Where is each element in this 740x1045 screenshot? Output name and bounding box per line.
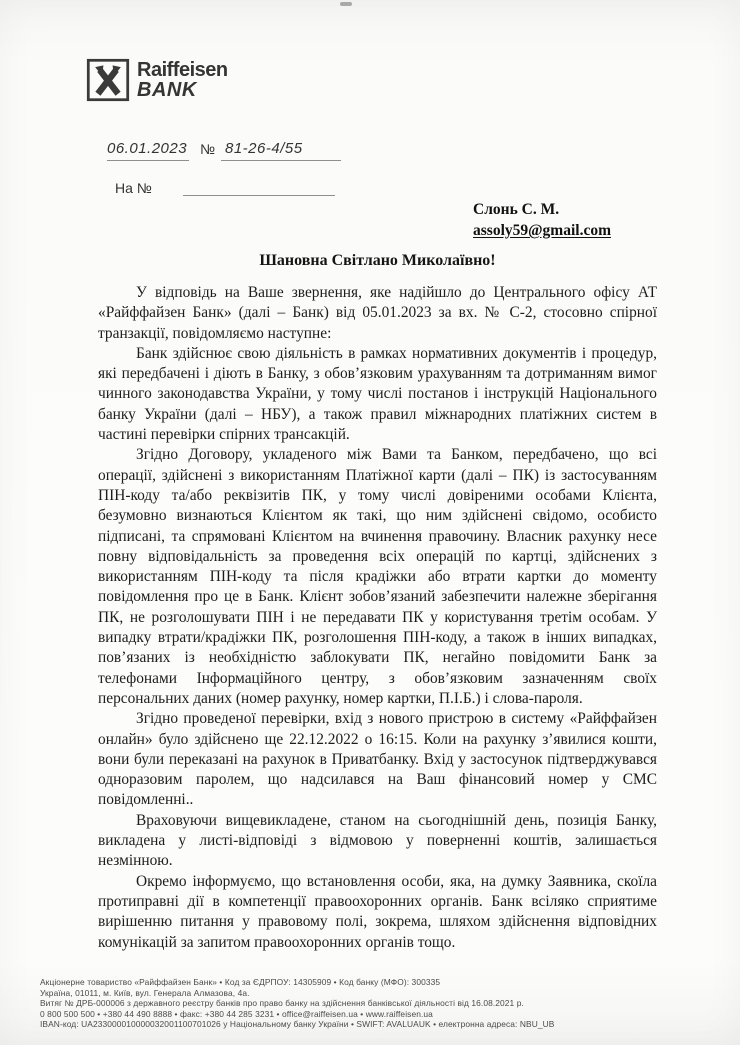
number-label: №: [200, 141, 215, 157]
bank-requisites-footer: Акціонерне товариство «Райффайзен Банк» …: [40, 977, 710, 1030]
logo-brand-text: Raiffeisen: [137, 60, 228, 80]
paragraph-investigation: Згідно проведеної перевірки, вхід з ново…: [98, 709, 657, 810]
letter-number: 81-26-4/55: [221, 140, 341, 161]
paragraph-intro: У відповідь на Ваше звернення, яке надій…: [98, 283, 657, 344]
footer-line-license: Витяг № ДРБ-000006 з державного реєстру …: [40, 998, 710, 1009]
salutation: Шановна Світлано Миколаївно!: [98, 252, 657, 270]
footer-line-contacts: 0 800 500 500 • +380 44 490 8888 • факс:…: [40, 1009, 710, 1020]
paragraph-bank-activity: Банк здійснює свою діяльність в рамках н…: [98, 344, 657, 445]
footer-line-company: Акціонерне товариство «Райффайзен Банк» …: [40, 977, 710, 988]
footer-line-address: Україна, 01011, м. Київ, вул. Генерала А…: [40, 988, 710, 999]
paragraph-contract-terms: Згідно Договору, укладеного між Вами та …: [98, 445, 657, 709]
reply-to-label: На №: [115, 180, 152, 196]
recipient-name: Слонь С. М.: [473, 201, 673, 220]
reply-to-blank-line: [183, 195, 335, 196]
letter-date: 06.01.2023: [107, 140, 189, 161]
recipient-block: Слонь С. М. assoly59@gmail.com: [473, 201, 673, 240]
raiffeisen-logo: Raiffeisen BANK: [86, 58, 228, 102]
letter-body: У відповідь на Ваше звернення, яке надій…: [98, 283, 657, 953]
recipient-email: assoly59@gmail.com: [473, 222, 611, 241]
footer-line-iban: IBAN-код: UA233000010000032001100701026 …: [40, 1019, 710, 1030]
paragraph-position: Враховуючи вищевикладене, станом на сьог…: [98, 811, 657, 872]
scan-artifact: [340, 2, 352, 6]
scanned-letter-page: Raiffeisen BANK 06.01.2023 № 81-26-4/55 …: [0, 0, 740, 1045]
logo-wordmark: Raiffeisen BANK: [137, 60, 228, 100]
raiffeisen-gable-cross-icon: [86, 58, 130, 102]
logo-bank-text: BANK: [137, 80, 228, 100]
paragraph-law-enforcement: Окремо інформуємо, що встановлення особи…: [98, 872, 657, 953]
